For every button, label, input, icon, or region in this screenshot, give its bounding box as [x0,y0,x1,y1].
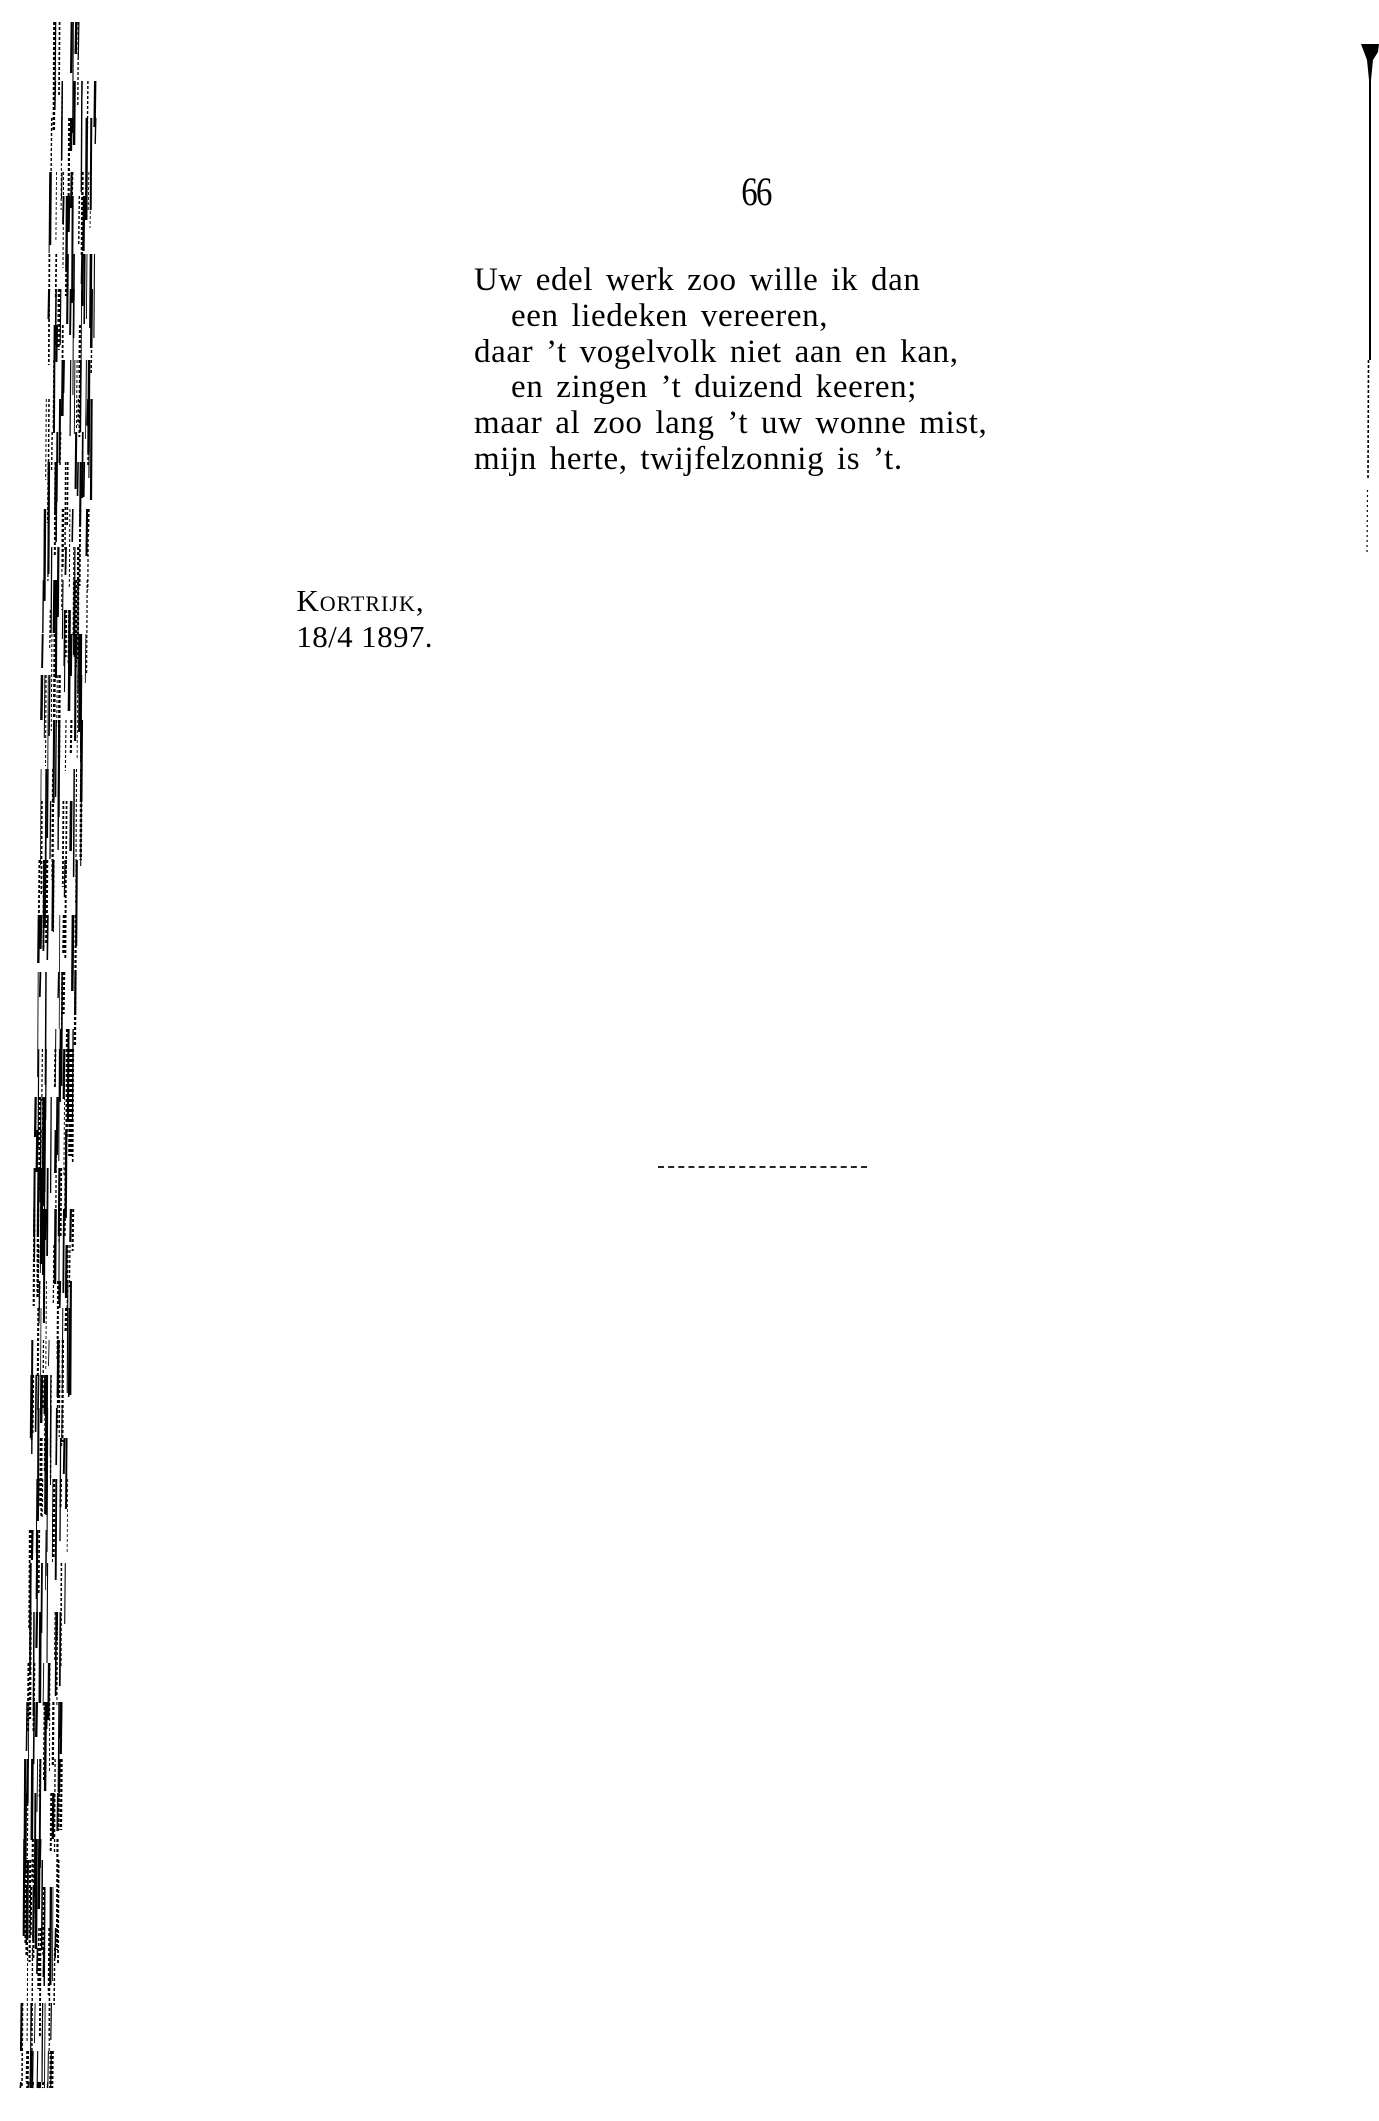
place-date-signature: Kortrijk, 18/4 1897. [280,547,433,655]
poem-line: een liedeken vereeren, [474,299,987,335]
poem-line: en zingen ’t duizend keeren; [474,370,987,406]
end-separator-rule [658,1166,867,1168]
poem-line: maar al zoo lang ’t uw wonne mist, [474,406,987,442]
poem-line: daar ’t vogelvolk niet aan en kan, [474,335,987,371]
date: 18/4 1897. [296,619,433,654]
poem-line: Uw edel werk zoo wille ik dan [474,263,987,299]
poem-line: mijn herte, twijfelzonnig is ’t. [474,442,987,478]
place-name: Kortrijk, [296,583,424,618]
page-number: 66 [736,170,775,214]
scan-edge-left [0,0,130,2121]
poem: Uw edel werk zoo wille ik daneen liedeke… [474,263,987,478]
scan-edge-right [1340,0,1379,600]
